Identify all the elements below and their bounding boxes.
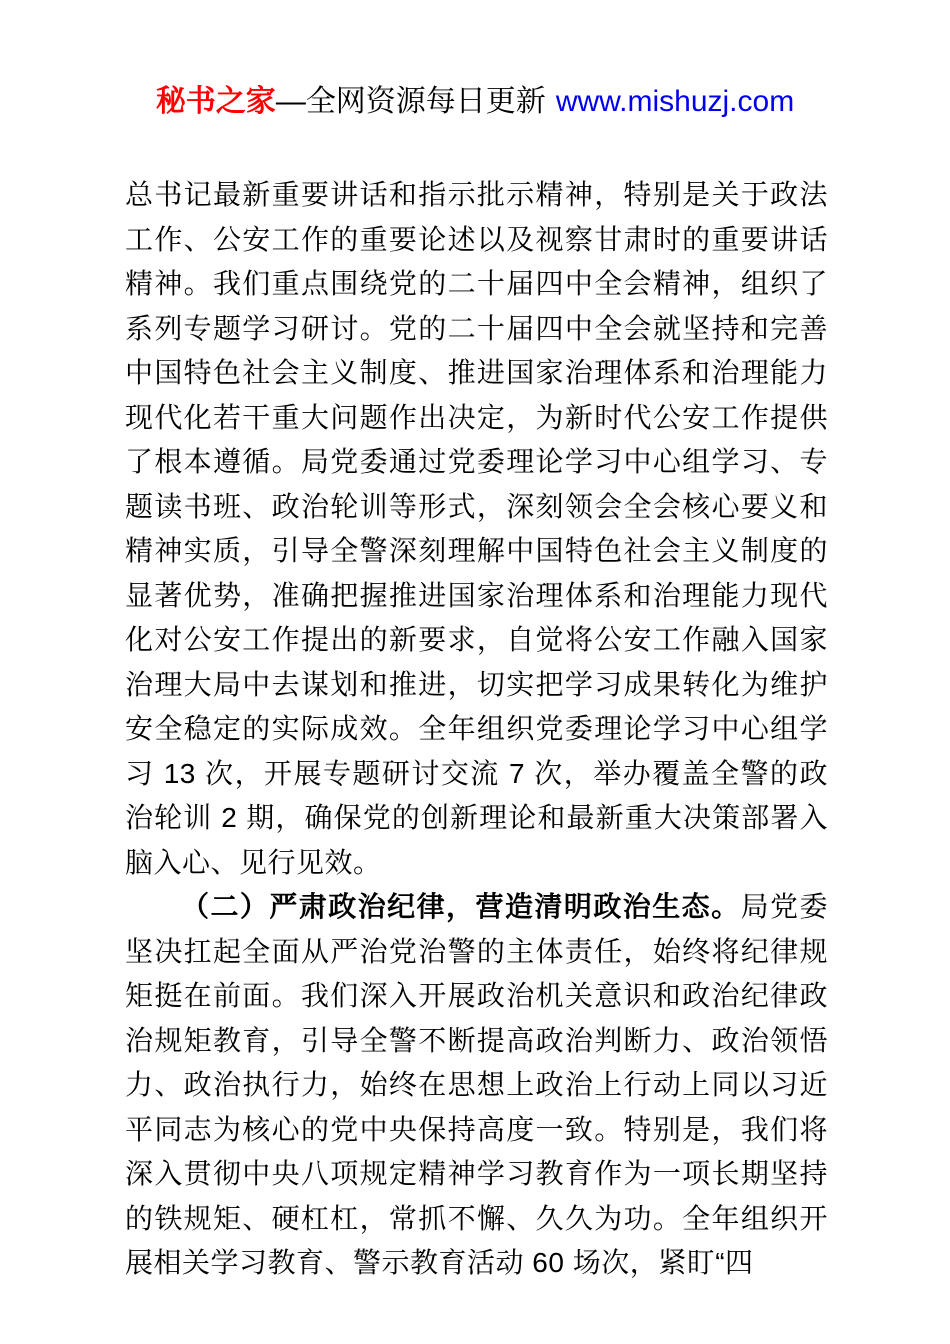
site-tagline: —全网资源每日更新 xyxy=(276,85,546,118)
document-body: 总书记最新重要讲话和指示批示精神，特别是关于政法工作、公安工作的重要论述以及视察… xyxy=(125,173,828,1286)
paragraph-political-study: 总书记最新重要讲话和指示批示精神，特别是关于政法工作、公安工作的重要论述以及视察… xyxy=(125,173,828,885)
site-header: 秘书之家—全网资源每日更新www.mishuzj.com xyxy=(0,0,950,120)
paragraph-bold-lead: （二）严肃政治纪律，营造清明政治生态。 xyxy=(181,891,741,922)
paragraph-text: 总书记最新重要讲话和指示批示精神，特别是关于政法工作、公安工作的重要论述以及视察… xyxy=(125,179,828,878)
document-page: 秘书之家—全网资源每日更新www.mishuzj.com 总书记最新重要讲话和指… xyxy=(0,0,950,1344)
site-brand: 秘书之家 xyxy=(156,85,276,118)
paragraph-text: 局党委坚决扛起全面从严治党治警的主体责任，始终将纪律规矩挺在前面。我们深入开展政… xyxy=(125,891,828,1278)
site-url-link[interactable]: www.mishuzj.com xyxy=(556,85,794,118)
paragraph-political-discipline: （二）严肃政治纪律，营造清明政治生态。局党委坚决扛起全面从严治党治警的主体责任，… xyxy=(125,885,828,1286)
